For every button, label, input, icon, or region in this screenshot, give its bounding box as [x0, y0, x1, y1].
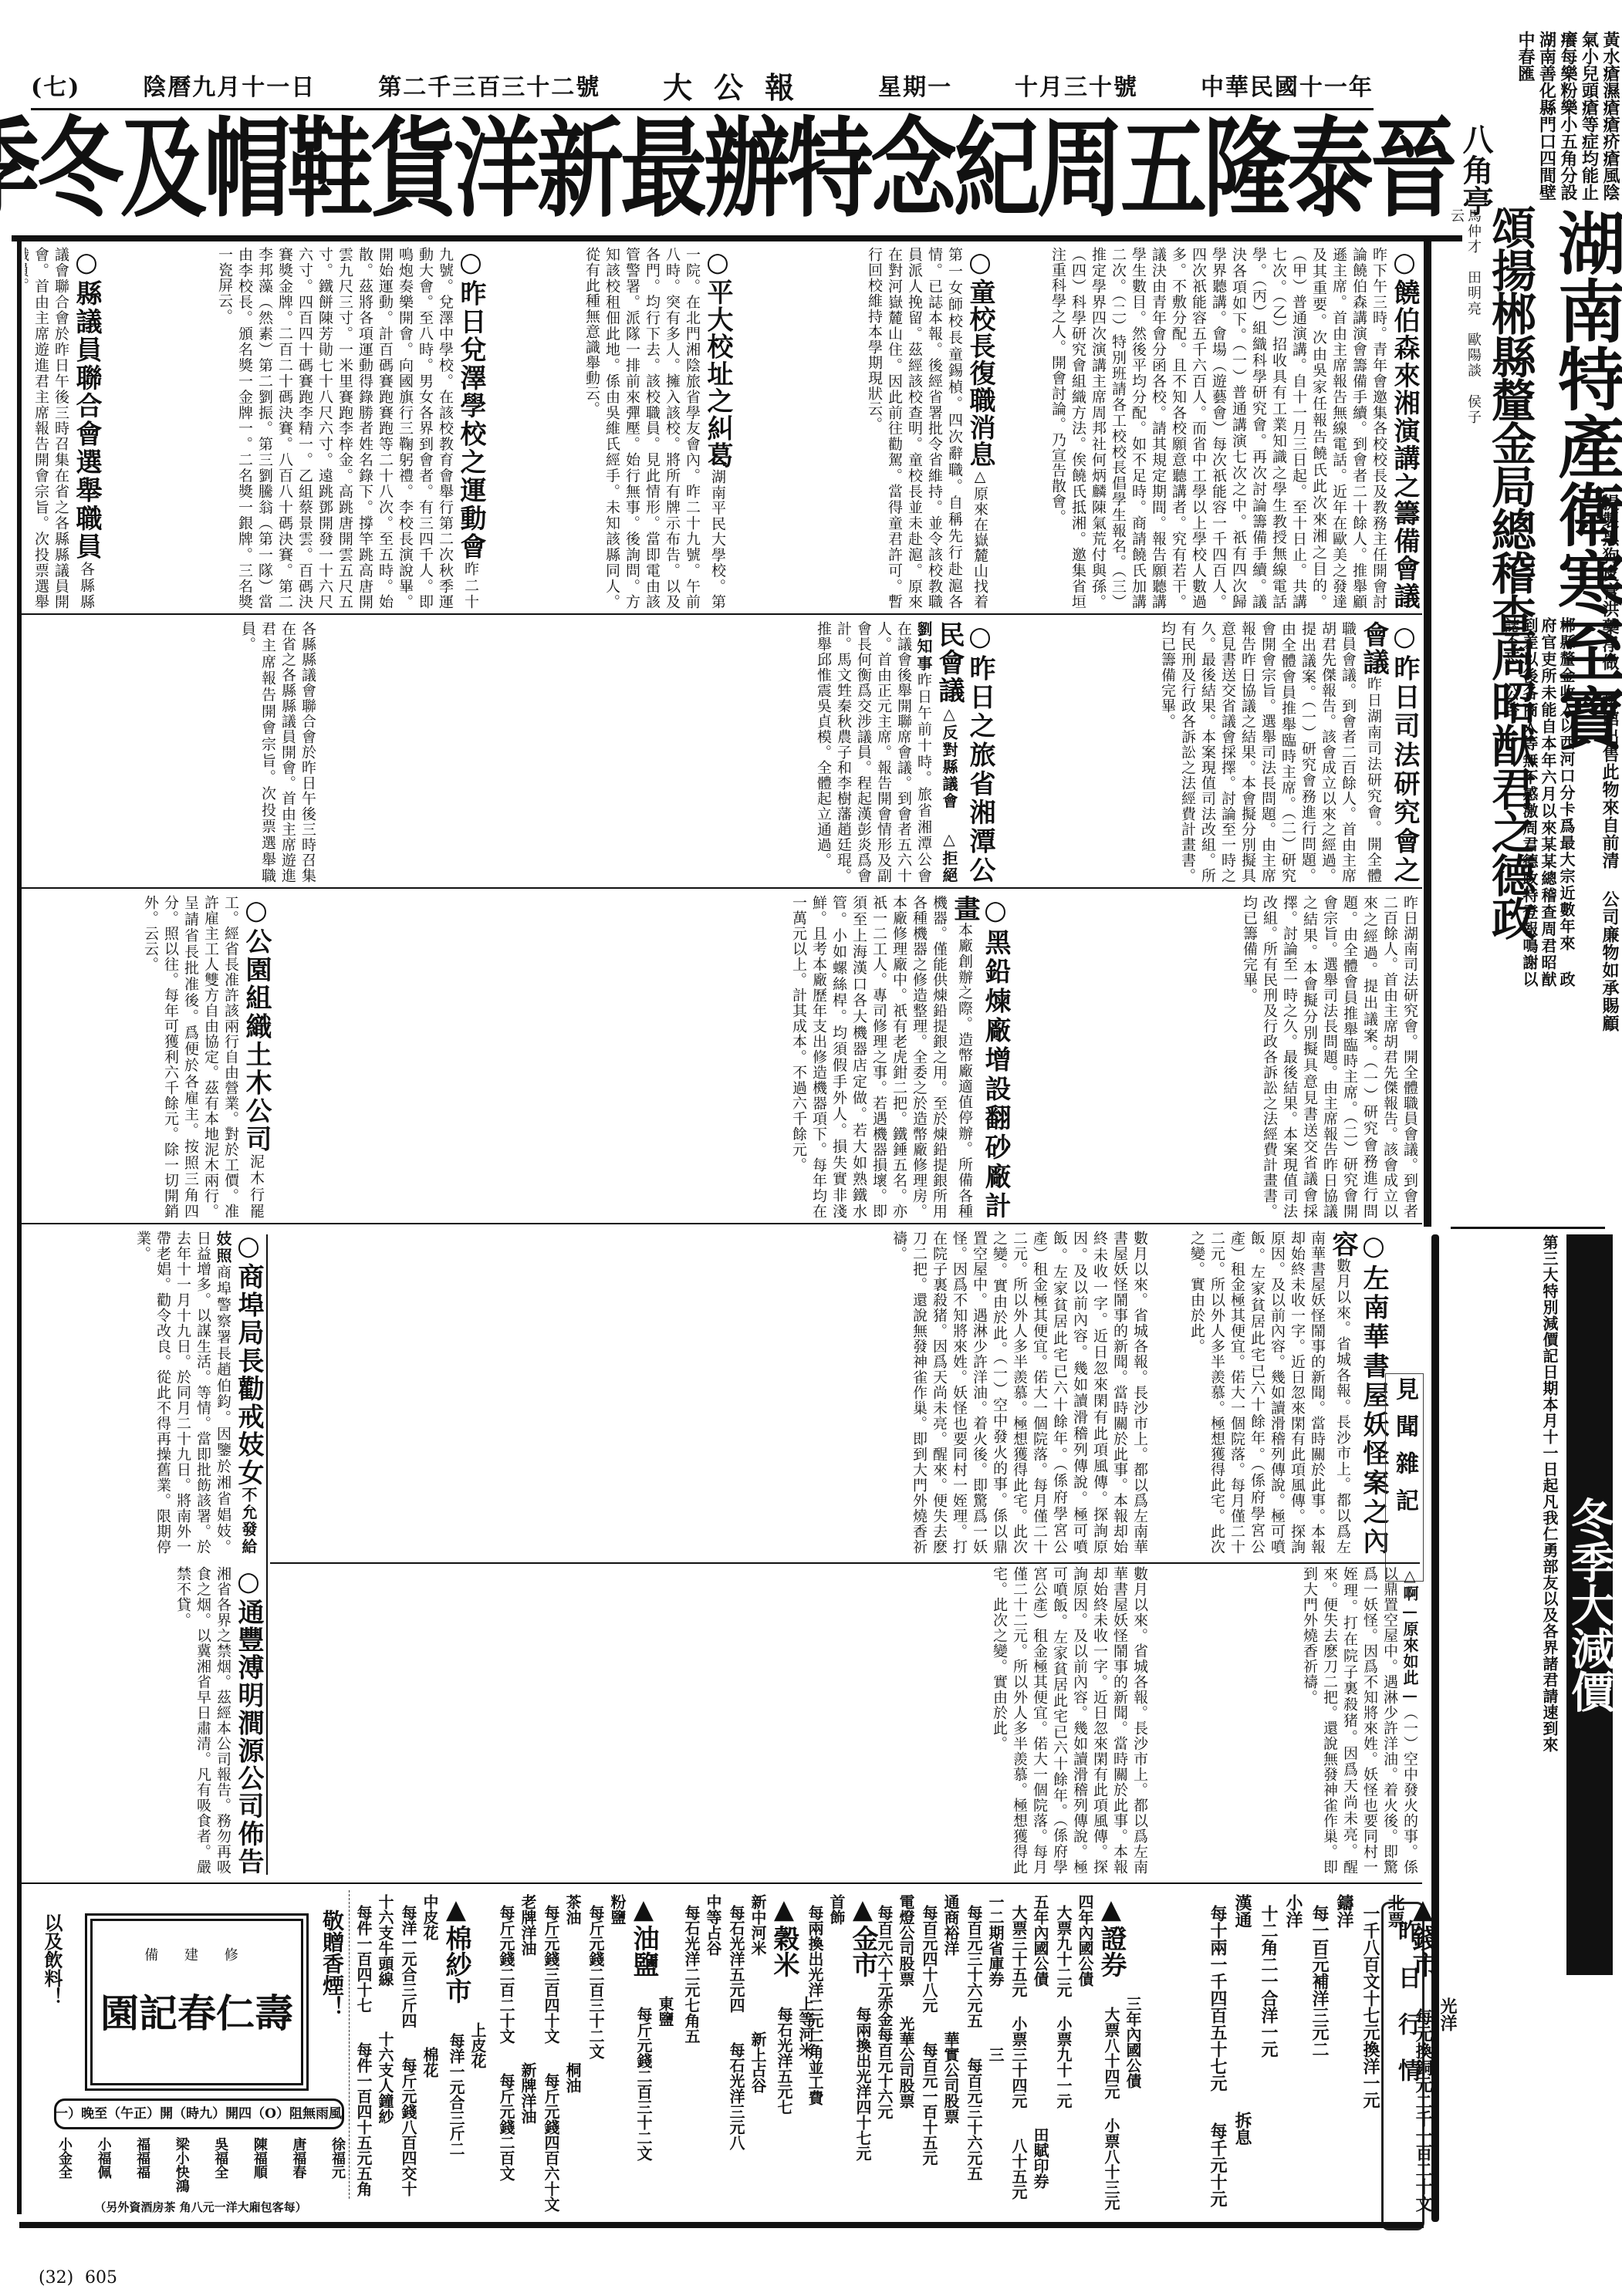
- article-body: 數月以來。省城各報。長沙市上。都以爲左南華書屋妖怪鬧事的新聞。當時關於此事。本報…: [1188, 1231, 1351, 1555]
- article-duize-sports: ○昨日兌澤學校之運動會昨二十九號。兌澤中學校。在該校教育會舉行第二次秋季運動大會…: [108, 247, 486, 609]
- article-changsha-prostitutes: ○商埠局長勸戒妓女不允發給妓照商埠警察署長趙伯鈞。因鑒於湘省娼妓。日益增多。以謀…: [25, 1231, 264, 1555]
- date: 十月三十號: [1015, 68, 1138, 102]
- banner-left-label: 八角亭: [1458, 123, 1492, 216]
- article-body: 本廠創辦之際。造幣廠適值停辦。所備各種機器。僅能供煉鉛提銀之用。至於煉鉛提銀所用…: [790, 895, 973, 1219]
- article-zuonan-ghost-cont2: 數月以來。省城各報。長沙市上。都以爲左南華書屋妖怪鬧事的新聞。當時關於此事。本報…: [270, 1566, 1150, 1875]
- sidebar-ad: 提製黑狗皮膏洪藥淨做 林館出售此物來自前清 公司廉物如承賜顧: [1574, 494, 1620, 1034]
- price-row: 赤金每兩換出光洋四十七元: [852, 1996, 895, 2161]
- weekday: 星期一: [878, 68, 952, 102]
- article-park-company: ○公園組織土木公司泥木行罷工。經省長准許該兩行自由營業。對於工價。准許雇主工人雙…: [25, 895, 272, 1219]
- ad-right-small: 以及飲料！: [39, 1913, 66, 2006]
- price-row: 老牌洋油每斤元錢二百二十文: [495, 1894, 539, 2044]
- article-headline: ○商埠局長勸戒妓女: [233, 1231, 264, 1487]
- issue-number: 第二千三百三十二號: [378, 68, 600, 102]
- price-row: 棉花每斤元錢八百四交十: [397, 2047, 441, 2196]
- price-row: 十六支牛頭線每件一百四十七: [353, 1894, 396, 2013]
- price-row: 小洋十二角二一合洋一元: [1256, 1894, 1306, 2058]
- price-row: 新上占谷每石光洋三元八: [725, 2031, 769, 2150]
- article-rao-lecture: ○饒伯森來湘演講之籌備會議昨下午三時。青年會邀集各校校長及教務主任開會討論饒伯森…: [1003, 247, 1420, 609]
- paper-name: 大公報: [663, 64, 816, 106]
- article-tongfeng-notice: ○通豐溥明澗源公司佈告湘省各界之禁烟。茲經本公司報告。務勿再吸食之烟。以冀湘省早…: [25, 1566, 264, 1875]
- sidebar-body: 郴縣釐金收入以西河口分卡爲最大宗近數年來 政府官吏所未能自本年六月以來某某總稽查…: [1437, 617, 1576, 988]
- money-market: ▲錢市 光洋每元換銅元二千一百二十文 北票一千八百文十七元換洋一元 鑄洋每一百元…: [1204, 1894, 1460, 2218]
- price-row: 中等占谷每石光洋二元七角五: [681, 1894, 724, 2044]
- article-judicial-research: ○昨日司法研究會之會議昨日湖南司法研究會。開全體職員會議。到會者二百餘人。首由主…: [1003, 621, 1420, 883]
- page-left-border: [17, 239, 22, 2214]
- article-headline: ○通豐溥明澗源公司佈告: [233, 1566, 264, 1875]
- price-row: 新中河米每石光洋五元四: [725, 1894, 769, 2013]
- price-row: 新牌洋油每斤元錢二百文: [495, 2062, 539, 2181]
- bottom-rule: [19, 2222, 1424, 2228]
- article-headline: ○童校長復職消息: [965, 247, 995, 468]
- ad-ornate-frame: 備 建 修 壽仁春記園: [85, 1913, 309, 2091]
- row-rule-3: [22, 1223, 1422, 1224]
- article-child-school: ○童校長復職消息△原來在嶽麓山找着第一女師校長童錫楨。四次辭職。自稱先行赴滬各情…: [741, 247, 995, 609]
- row-rule-1: [22, 613, 1422, 615]
- article-body: 昨下午三時。青年會邀集各校校長及教務主任開會討論饒伯森講演會籌備手續。到會者二十…: [1049, 247, 1387, 609]
- lunar-date: 陰曆九月十一日: [143, 68, 316, 102]
- price-row: 鑄洋每一百元補洋三元二: [1307, 1894, 1357, 2058]
- price-row: 十六支人鐘紗每件一百四十五元五角: [353, 2031, 396, 2196]
- price-row: 田賦印券八十五元: [1008, 2127, 1051, 2200]
- gold-label: ▲金市: [847, 1894, 878, 1977]
- price-row: 通商裕洋每百元四十八元: [918, 1894, 961, 2013]
- grain-market: ▲穀米 上等河米每石光洋五元七 新中河米每石光洋五元四 新上占谷每石光洋三元八 …: [679, 1894, 816, 2218]
- price-row: 華實公司股票每百元一百十五元: [918, 2031, 961, 2166]
- footer-page-number: 605: [85, 2268, 117, 2288]
- sidebar-divider: [1424, 239, 1431, 1227]
- row-rule-5: [22, 1882, 1422, 1884]
- price-row: 漢通每十兩一千四百五十七元: [1205, 1894, 1255, 2092]
- ad-schedule-banner: 風雨無阻（O）四開（九時）開（正午）至晚（一十點）: [54, 2098, 344, 2129]
- price-row: 五年內國公債大票三十五元 小票三十四元: [1008, 1894, 1051, 2109]
- article-xiangtan-citizens: ○昨日之旅省湘潭公民會議△反對縣議會 △拒絕劉知事昨日午前十時。旅省湘潭公會在議…: [324, 621, 995, 883]
- article-misc-notes: △啊—原來如此—（一）空中發火的事。係以鼎置空屋中。遇淋少許洋油。着火後。即驚爲…: [1157, 1566, 1420, 1875]
- price-row: 三每百元三十六元五: [963, 2047, 1006, 2181]
- grain-label: ▲穀米: [769, 1894, 799, 1977]
- article-zuonan-ghost-cont: 數月以來。省城各報。長沙市上。都以爲左南華書屋妖怪鬧事的新聞。當時關於此事。本報…: [270, 1231, 1150, 1555]
- article-headline: ○昨日兌澤學校之運動會: [455, 247, 486, 561]
- banner-title: 晉泰隆五周紀念特辦最新洋貨鞋帽及冬季一應各貨削本發售: [0, 116, 1454, 224]
- article-county-council-cont: 各縣縣議會聯合會於昨日午後三時召集在省之各縣縣議員開會。首由主席遊進君主席報告開…: [25, 621, 318, 883]
- article-headline: ○平大校址之糾葛: [702, 247, 733, 469]
- article-subhead: △啊—原來如此—: [1401, 1566, 1419, 1705]
- row-rule-4: [270, 1562, 1420, 1564]
- article-body: 湘省各界之禁烟。茲經本公司報告。務勿再吸食之烟。以冀湘省早日肅清。凡有吸食者。嚴…: [174, 1566, 231, 1875]
- price-row: 東鹽每斤元錢二百三十二文: [633, 1996, 676, 2161]
- headline-banner: 八角亭 晉泰隆五周紀念特辦最新洋貨鞋帽及冬季一應各貨削本發售 電話八零六號: [8, 116, 1497, 224]
- price-row: 上皮花每洋一元合三斤二: [445, 2022, 488, 2156]
- ad-tagline: 敬贈香煙！: [316, 1909, 347, 2017]
- article-body: 昨二十九號。兌澤中學校。在該校教育會舉行第二次秋季運動大會。至八時。男女各界到會…: [216, 247, 479, 609]
- securities-label: ▲證券: [1096, 1894, 1127, 1977]
- price-row: 四年內國公債大票九十二元 小票九十一元: [1053, 1894, 1096, 2109]
- footer-code: (32): [39, 2268, 73, 2288]
- article-headline: ○公園組織土木公司: [241, 895, 272, 1153]
- price-row: 三年內國公債大票八十四元 小票八十三元: [1100, 1996, 1144, 2210]
- article-body: 商埠警察署長趙伯鈞。因鑒於湘省娼妓。日益增多。以謀生活。等情。當即批飭該署。於去…: [134, 1231, 231, 1555]
- masthead: 中華民國十一年 十月三十號 星期一 大公報 第二千三百三十二號 陰曆九月十一日 …: [31, 69, 1374, 100]
- cotton-market: ▲棉紗市 上皮花每洋一元合三斤二 中皮花每洋一元合三斤四 棉花每斤元錢八百四交十…: [351, 1894, 488, 2218]
- column-divider: [266, 1234, 268, 1875]
- gold-market: ▲金市 赤金每兩換出光洋四十七元 首飾每兩換出光洋二元二角並工費: [803, 1894, 895, 2218]
- price-row: 粉鹽每斤元錢二百三十二文: [585, 1894, 628, 2059]
- article-headline: ○饒伯森來湘演講之籌備會議: [1389, 247, 1420, 609]
- price-row: 北票一千八百文十七元換洋一元: [1358, 1894, 1407, 2109]
- article-pingda-school: ○平大校址之糾葛湖南平民大學校。第一院。在北門湘陰旅省學友會內。昨二十九號。午前…: [494, 247, 733, 609]
- oil-salt-label: ▲油鹽: [628, 1894, 659, 1977]
- price-row: 光洋每元換銅元二千一百二十文: [1411, 1997, 1460, 2212]
- sale-notice: 第三大特別減價記日期本月十一日起凡我仁勇部友以及各界諸君請速到來: [1443, 1234, 1559, 2237]
- article-body: 昨日湖南司法研究會。開全體職員會議。到會者二百餘人。首由主席胡君先傑報告。該會成…: [1159, 621, 1382, 883]
- ad-footer: （每客包廂大洋一元八角 茶房酒資外另）: [54, 2199, 347, 2215]
- article-black-lead: ○黑鉛煉廠增設翻砂廠計畫本廠創辦之際。造幣廠適值停辦。所備各種機器。僅能供煉鉛提…: [278, 895, 1011, 1219]
- page-number: (七): [31, 68, 80, 102]
- misc-notes-label: 見聞雜記: [1385, 1373, 1424, 1582]
- securities-market: ▲證券 三年內國公債大票八十四元 小票八十三元 四年內國公債大票九十二元 小票九…: [872, 1894, 1144, 2218]
- oil-salt-market: ▲油鹽 東鹽每斤元錢二百三十二文 粉鹽每斤元錢二百三十二文 茶油每斤元錢三百四十…: [494, 1894, 676, 2218]
- banner-rule: [12, 235, 1462, 241]
- article-zuonan-ghost: ○左南華書屋妖怪案之內容數月以來。省城各報。長沙市上。都以爲左南華書屋妖怪鬧事的…: [1157, 1231, 1389, 1555]
- ad-brand-top: 備 建 修: [93, 1944, 301, 1964]
- price-row: 桐油每斤元錢四百六十文: [540, 2062, 583, 2212]
- price-row: 上等河米每石光洋五元七: [773, 1996, 816, 2115]
- article-headline: ○縣議員聯合會選舉職員: [71, 247, 102, 561]
- article-county-council: ○縣議員聯合會選舉職員各縣縣議會聯合會於昨日午後三時召集在省之各縣縣議員開會。首…: [25, 247, 102, 609]
- sidebar-rule: [1451, 1227, 1605, 1229]
- price-row: 中皮花每洋一元合三斤四: [397, 1894, 441, 2028]
- article-judicial-cont: 昨日湖南司法研究會。開全體職員會議。到會者二百餘人。首由主席胡君先傑報告。該會成…: [1019, 895, 1420, 1219]
- era-year: 中華民國十一年: [1201, 68, 1374, 102]
- money-market-label: ▲錢市: [1407, 1894, 1438, 1977]
- price-row: 茶油每斤元錢三百四十文: [540, 1894, 583, 2044]
- sale-banner: 冬季大減價: [1566, 1234, 1613, 1975]
- row-rule-2: [22, 887, 1422, 889]
- price-row: 一二期省庫券每百元三十六元五: [963, 1894, 1006, 2028]
- ad-divider: [349, 1890, 351, 2199]
- ad-brand: 壽仁春記園: [93, 1983, 301, 2038]
- sidebar-signers: 馬仲才 田明亮 歐陽談 侯子云: [1437, 208, 1482, 424]
- price-row: 拆息每千元十元: [1205, 2112, 1255, 2207]
- cotton-label: ▲棉紗市: [441, 1894, 471, 2004]
